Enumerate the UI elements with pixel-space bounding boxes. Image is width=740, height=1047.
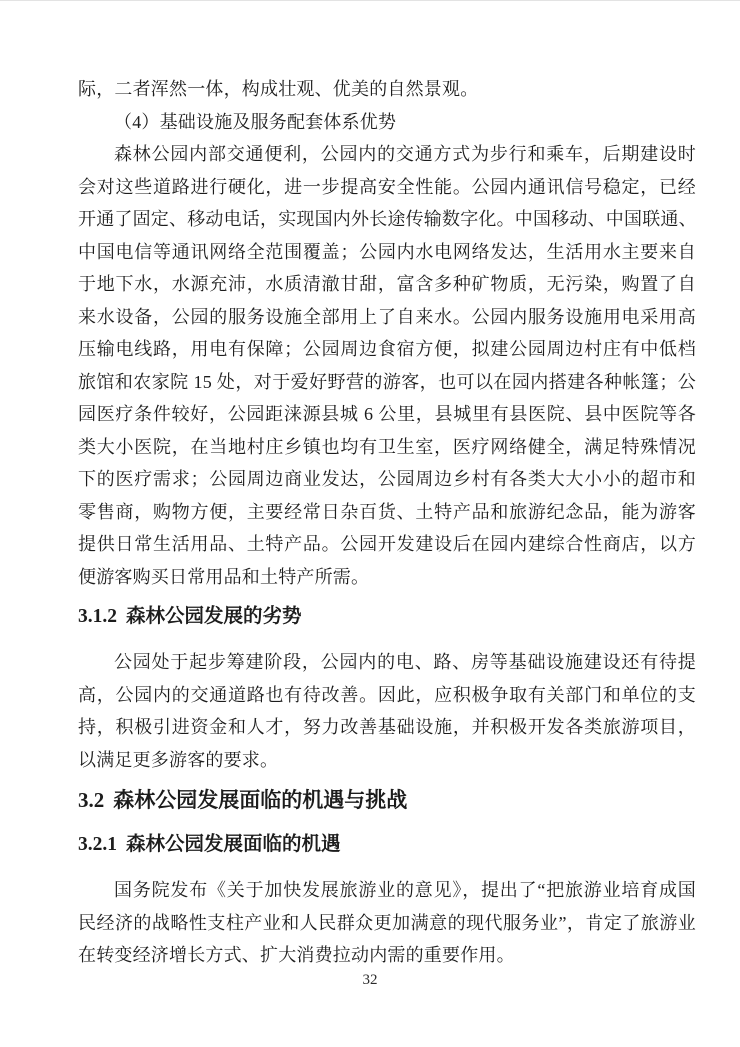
paragraph: 森林公园内部交通便利，公园内的交通方式为步行和乘车，后期建设时会对这些道路进行硬… [78, 138, 696, 593]
text-line: 类大小医院，在当地村庄乡镇也均有卫生室，医疗网络健全，满足特殊情况 [78, 431, 696, 464]
heading-text: 森林公园发展面临的机遇 [126, 833, 341, 855]
page-number: 32 [0, 972, 740, 989]
text-line: 国务院发布《关于加快发展旅游业的意见》，提出了“把旅游业培育成国 [78, 874, 696, 907]
text-line: 持，积极引进资金和人才，努力改善基础设施，并积极开发各类旅游项目， [78, 711, 696, 744]
paragraph: 际，二者浑然一体，构成壮观、优美的自然景观。 [78, 73, 696, 106]
text-line: 便游客购买日常用品和土特产所需。 [78, 561, 696, 594]
text-line: 零售商，购物方便，主要经常日杂百货、土特产品和旅游纪念品，能为游客 [78, 496, 696, 529]
text-line: 中国电信等通讯网络全范围覆盖；公园内水电网络发达，生活用水主要来自 [78, 236, 696, 269]
text-line: 森林公园内部交通便利，公园内的交通方式为步行和乘车，后期建设时 [78, 138, 696, 171]
heading-number: 3.1.2 [78, 606, 117, 627]
paragraph: （4）基础设施及服务配套体系优势 [78, 106, 696, 139]
document-page: 际，二者浑然一体，构成壮观、优美的自然景观。（4）基础设施及服务配套体系优势森林… [0, 0, 740, 1047]
text-line: 公园处于起步筹建阶段，公园内的电、路、房等基础设施建设还有待提 [78, 646, 696, 679]
section-heading: 3.2.1森林公园发展面临的机遇 [78, 829, 696, 860]
text-line: 下的医疗需求；公园周边商业发达，公园周边乡村有各类大大小小的超市和 [78, 463, 696, 496]
heading-number: 3.2 [78, 788, 104, 812]
text-line: 于地下水，水源充沛，水质清澈甘甜，富含多种矿物质，无污染，购置了自 [78, 268, 696, 301]
paragraph: 国务院发布《关于加快发展旅游业的意见》，提出了“把旅游业培育成国民经济的战略性支… [78, 874, 696, 972]
text-line: 园医疗条件较好，公园距涞源县城 6 公里，县城里有县医院、县中医院等各 [78, 398, 696, 431]
paragraph: 公园处于起步筹建阶段，公园内的电、路、房等基础设施建设还有待提高，公园内的交通道… [78, 646, 696, 776]
text-line: 来水设备，公园的服务设施全部用上了自来水。公园内服务设施用电采用高 [78, 301, 696, 334]
heading-number: 3.2.1 [78, 834, 117, 855]
text-line: 民经济的战略性支柱产业和人民群众更加满意的现代服务业”，肯定了旅游业 [78, 907, 696, 940]
section-heading: 3.1.2森林公园发展的劣势 [78, 601, 696, 632]
text-line: 际，二者浑然一体，构成壮观、优美的自然景观。 [78, 73, 696, 106]
text-line: 在转变经济增长方式、扩大消费拉动内需的重要作用。 [78, 939, 696, 972]
heading-text: 森林公园发展的劣势 [126, 605, 302, 627]
text-line: 开通了固定、移动电话，实现国内外长途传输数字化。中国移动、中国联通、 [78, 203, 696, 236]
document-body: 际，二者浑然一体，构成壮观、优美的自然景观。（4）基础设施及服务配套体系优势森林… [78, 73, 696, 972]
text-line: 会对这些道路进行硬化，进一步提高安全性能。公园内通讯信号稳定，已经 [78, 171, 696, 204]
text-line: 高，公园内的交通道路也有待改善。因此，应积极争取有关部门和单位的支 [78, 679, 696, 712]
text-line: 以满足更多游客的要求。 [78, 744, 696, 777]
text-line: 提供日常生活用品、土特产品。公园开发建设后在园内建综合性商店，以方 [78, 528, 696, 561]
text-line: 压输电线路，用电有保障；公园周边食宿方便，拟建公园周边村庄有中低档 [78, 333, 696, 366]
heading-text: 森林公园发展面临的机遇与挑战 [113, 789, 407, 812]
text-line: 旅馆和农家院 15 处，对于爱好野营的游客，也可以在园内搭建各种帐篷；公 [78, 366, 696, 399]
text-line: （4）基础设施及服务配套体系优势 [78, 106, 696, 139]
section-heading: 3.2森林公园发展面临的机遇与挑战 [78, 784, 696, 817]
